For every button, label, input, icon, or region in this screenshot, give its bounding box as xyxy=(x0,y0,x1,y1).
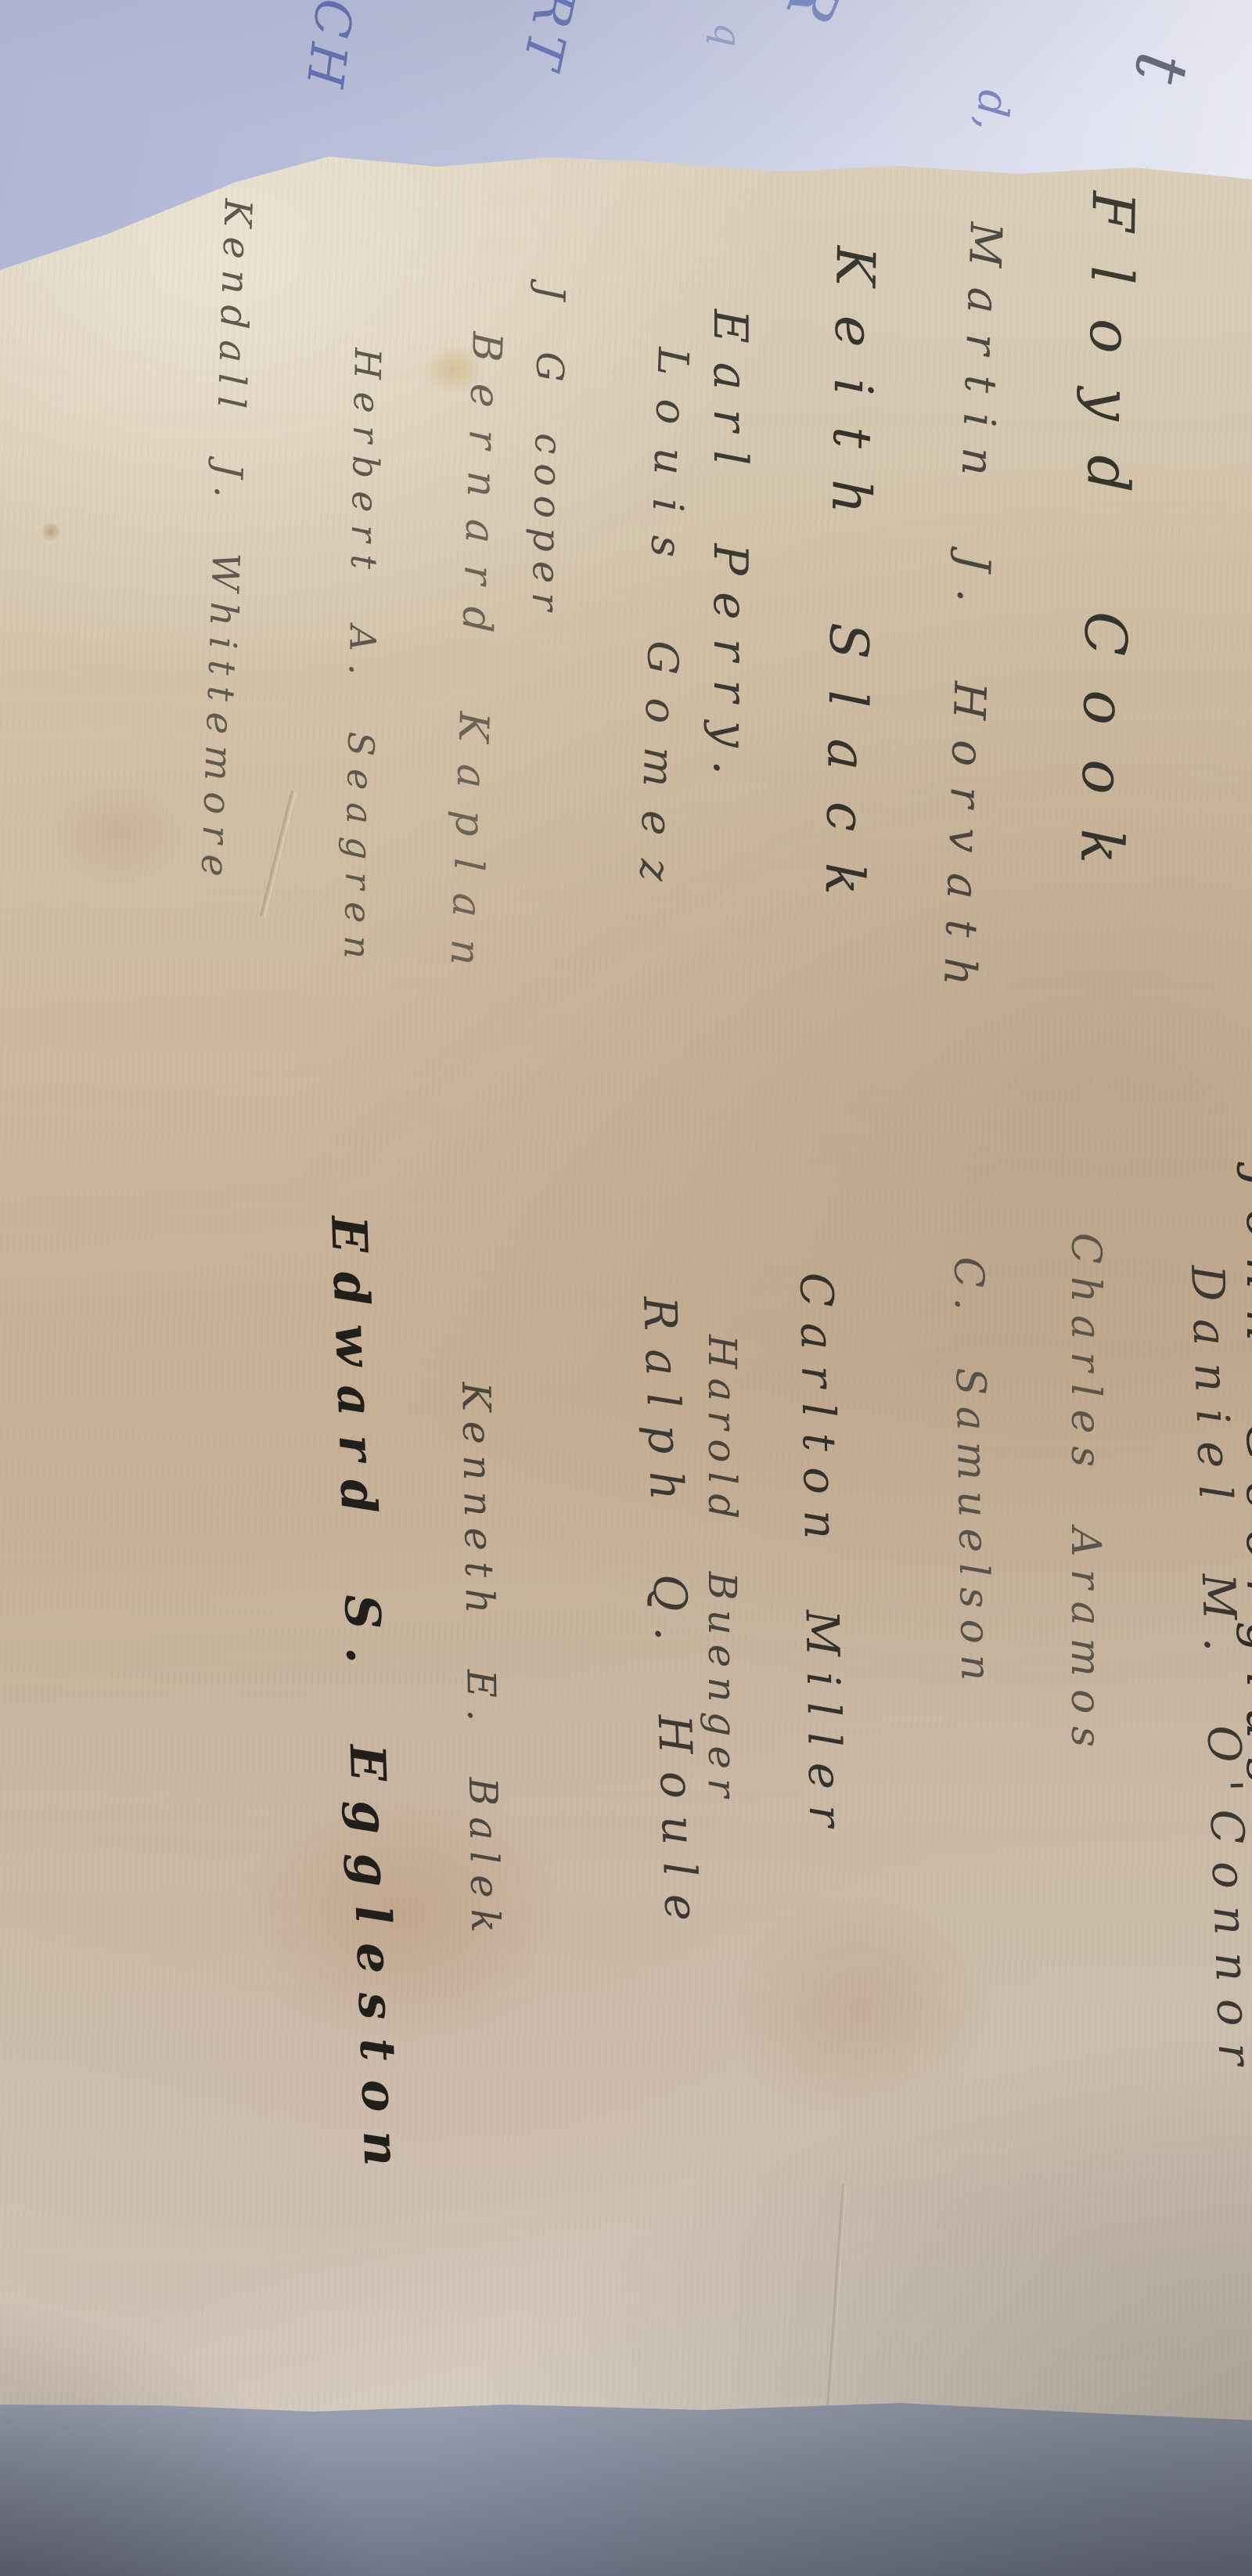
signature: Charles Aramos xyxy=(1062,1233,1109,1760)
stain xyxy=(728,1894,994,2129)
signature: Floyd Cook xyxy=(1067,190,1146,899)
signature: Keith Slack xyxy=(812,246,886,928)
photo-of-signature-page: SCH BRT R d, q t Floyd Cook Martin J. Ho… xyxy=(0,0,1252,2576)
blue-ink-fragment: d, xyxy=(966,88,1019,133)
signature: Earl Perry. xyxy=(703,309,757,794)
signature: Harold Buenger xyxy=(700,1335,745,1807)
signature: J G cooper xyxy=(523,285,573,621)
stain xyxy=(41,521,61,542)
signature: Carlton Miller xyxy=(790,1272,853,1843)
signature: C. Samuelson xyxy=(944,1256,999,1692)
blue-ink-fragment: q xyxy=(705,22,750,48)
stain xyxy=(47,775,188,884)
signature-page-paper: Floyd Cook Martin J. Horvath Keith Slack… xyxy=(0,0,1252,2576)
